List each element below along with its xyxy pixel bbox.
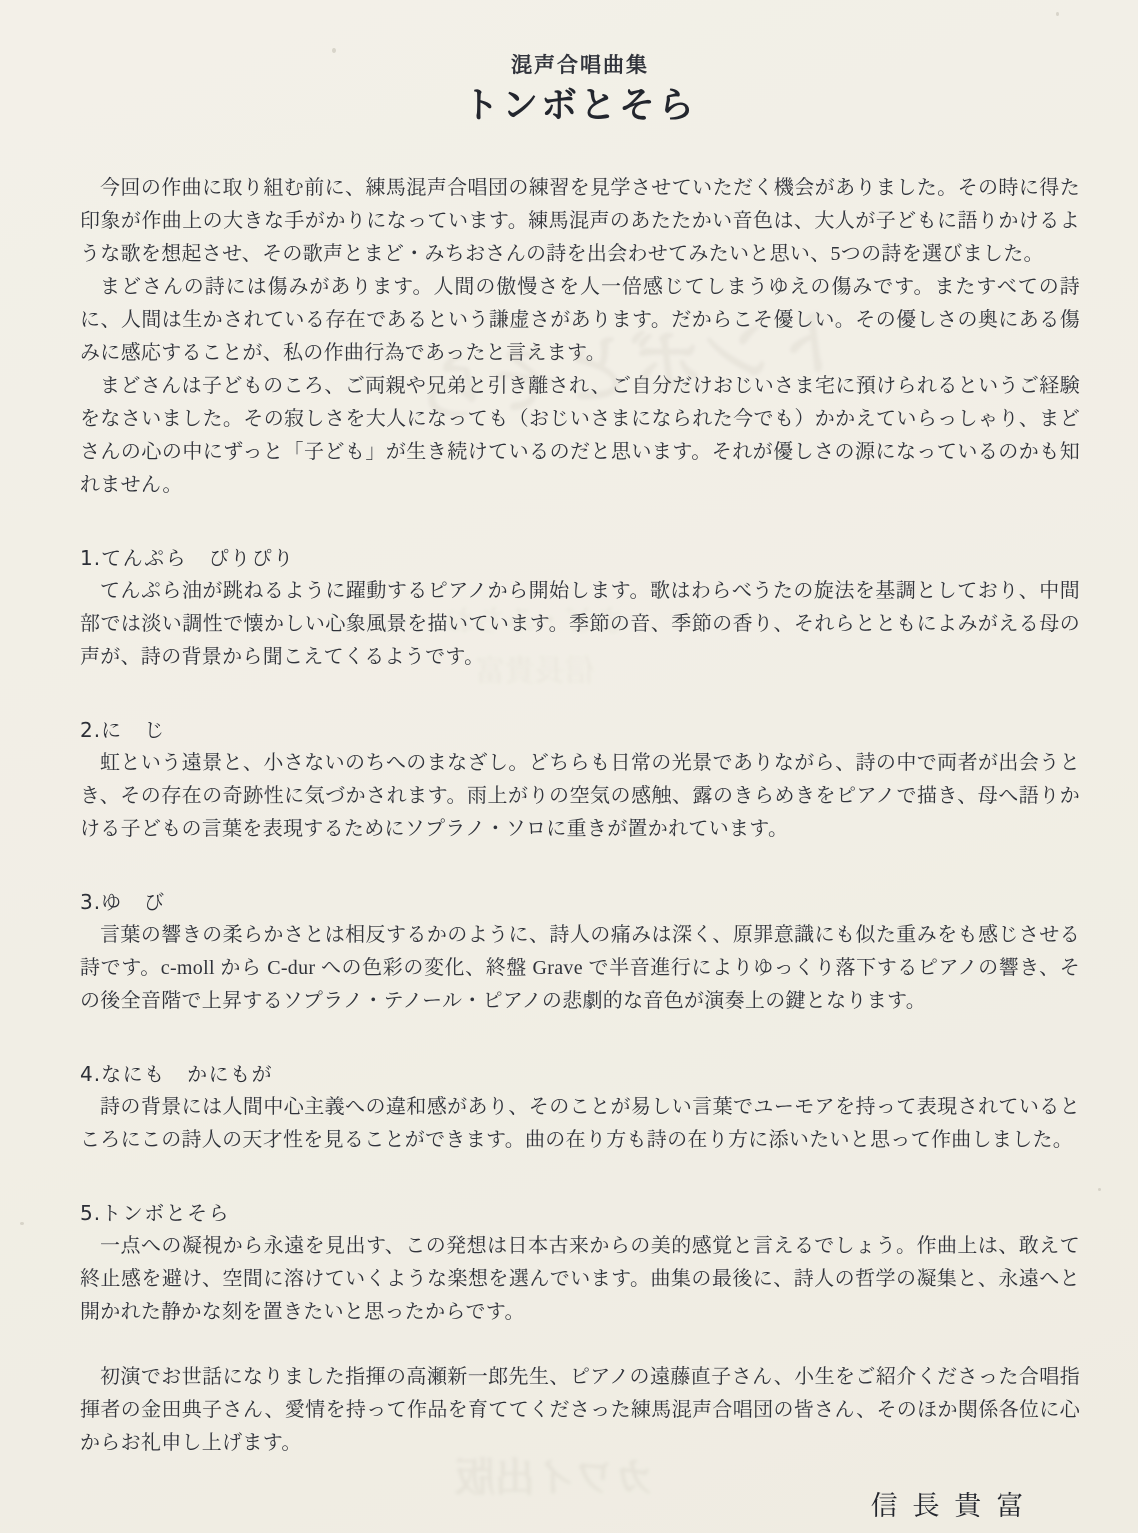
- section-number: 5.: [80, 1201, 101, 1225]
- series-label: 混声合唱曲集: [80, 50, 1080, 80]
- section-number: 4.: [80, 1062, 101, 1086]
- section-body: 一点への凝視から永遠を見出す、この発想は日本古来からの美的感覚と言えるでしょう。…: [80, 1230, 1080, 1329]
- scan-speck: [20, 1222, 24, 1225]
- section-tonbo-to-sora: 5.トンボとそら 一点への凝視から永遠を見出す、この発想は日本古来からの美的感覚…: [80, 1197, 1080, 1329]
- composer-signature: 信長貴富: [80, 1488, 1080, 1524]
- section-niji: 2.に じ 虹という遠景と、小さないのちへのまなざし。どちらも日常の光景でありな…: [80, 714, 1080, 846]
- section-heading: 5.トンボとそら: [80, 1197, 1080, 1230]
- section-body: 言葉の響きの柔らかさとは相反するかのように、詩人の痛みは深く、原罪意識にも似た重…: [80, 919, 1080, 1018]
- section-number: 1.: [80, 546, 101, 570]
- section-body: 虹という遠景と、小さないのちへのまなざし。どちらも日常の光景でありながら、詩の中…: [80, 747, 1080, 846]
- scan-speck: [1056, 12, 1059, 16]
- intro-paragraph: まどさんの詩には傷みがあります。人間の傲慢さを人一倍感じてしまうゆえの傷みです。…: [80, 271, 1080, 370]
- section-title: なにも かにもが: [101, 1062, 273, 1086]
- section-title: てんぷら ぴりぴり: [101, 546, 295, 570]
- intro-block: 今回の作曲に取り組む前に、練馬混声合唱団の練習を見学させていただく機会がありまし…: [80, 172, 1080, 502]
- intro-paragraph: まどさんは子どものころ、ご両親や兄弟と引き離され、ご自分だけおじいさま宅に預けら…: [80, 370, 1080, 502]
- scan-speck: [1098, 1188, 1101, 1191]
- section-nanimo-kanimoga: 4.なにも かにもが 詩の背景には人間中心主義への違和感があり、そのことが易しい…: [80, 1058, 1080, 1157]
- closing-block: 初演でお世話になりました指揮の高瀬新一郎先生、ピアノの遠藤直子さん、小生をご紹介…: [80, 1361, 1080, 1460]
- section-yubi: 3.ゆ び 言葉の響きの柔らかさとは相反するかのように、詩人の痛みは深く、原罪意…: [80, 886, 1080, 1018]
- scan-speck: [332, 48, 336, 53]
- section-body: 詩の背景には人間中心主義への違和感があり、そのことが易しい言葉でユーモアを持って…: [80, 1091, 1080, 1157]
- section-heading: 4.なにも かにもが: [80, 1058, 1080, 1091]
- section-title: ゆ び: [101, 890, 166, 914]
- section-heading: 3.ゆ び: [80, 886, 1080, 919]
- section-title: に じ: [101, 718, 166, 742]
- section-body: てんぷら油が跳ねるように躍動するピアノから開始します。歌はわらべうたの旋法を基調…: [80, 575, 1080, 674]
- scanned-program-notes-page: トンボとそら まど・みちお 信長貴富 カワイ出版 混声合唱曲集 トンボとそら 今…: [0, 0, 1138, 1533]
- header: 混声合唱曲集 トンボとそら: [80, 50, 1080, 128]
- section-tenpura: 1.てんぷら ぴりぴり てんぷら油が跳ねるように躍動するピアノから開始します。歌…: [80, 542, 1080, 674]
- section-title: トンボとそら: [101, 1201, 230, 1225]
- section-heading: 1.てんぷら ぴりぴり: [80, 542, 1080, 575]
- section-number: 2.: [80, 718, 101, 742]
- page-title: トンボとそら: [80, 82, 1080, 128]
- closing-paragraph: 初演でお世話になりました指揮の高瀬新一郎先生、ピアノの遠藤直子さん、小生をご紹介…: [80, 1361, 1080, 1460]
- section-heading: 2.に じ: [80, 714, 1080, 747]
- intro-paragraph: 今回の作曲に取り組む前に、練馬混声合唱団の練習を見学させていただく機会がありまし…: [80, 172, 1080, 271]
- section-number: 3.: [80, 890, 101, 914]
